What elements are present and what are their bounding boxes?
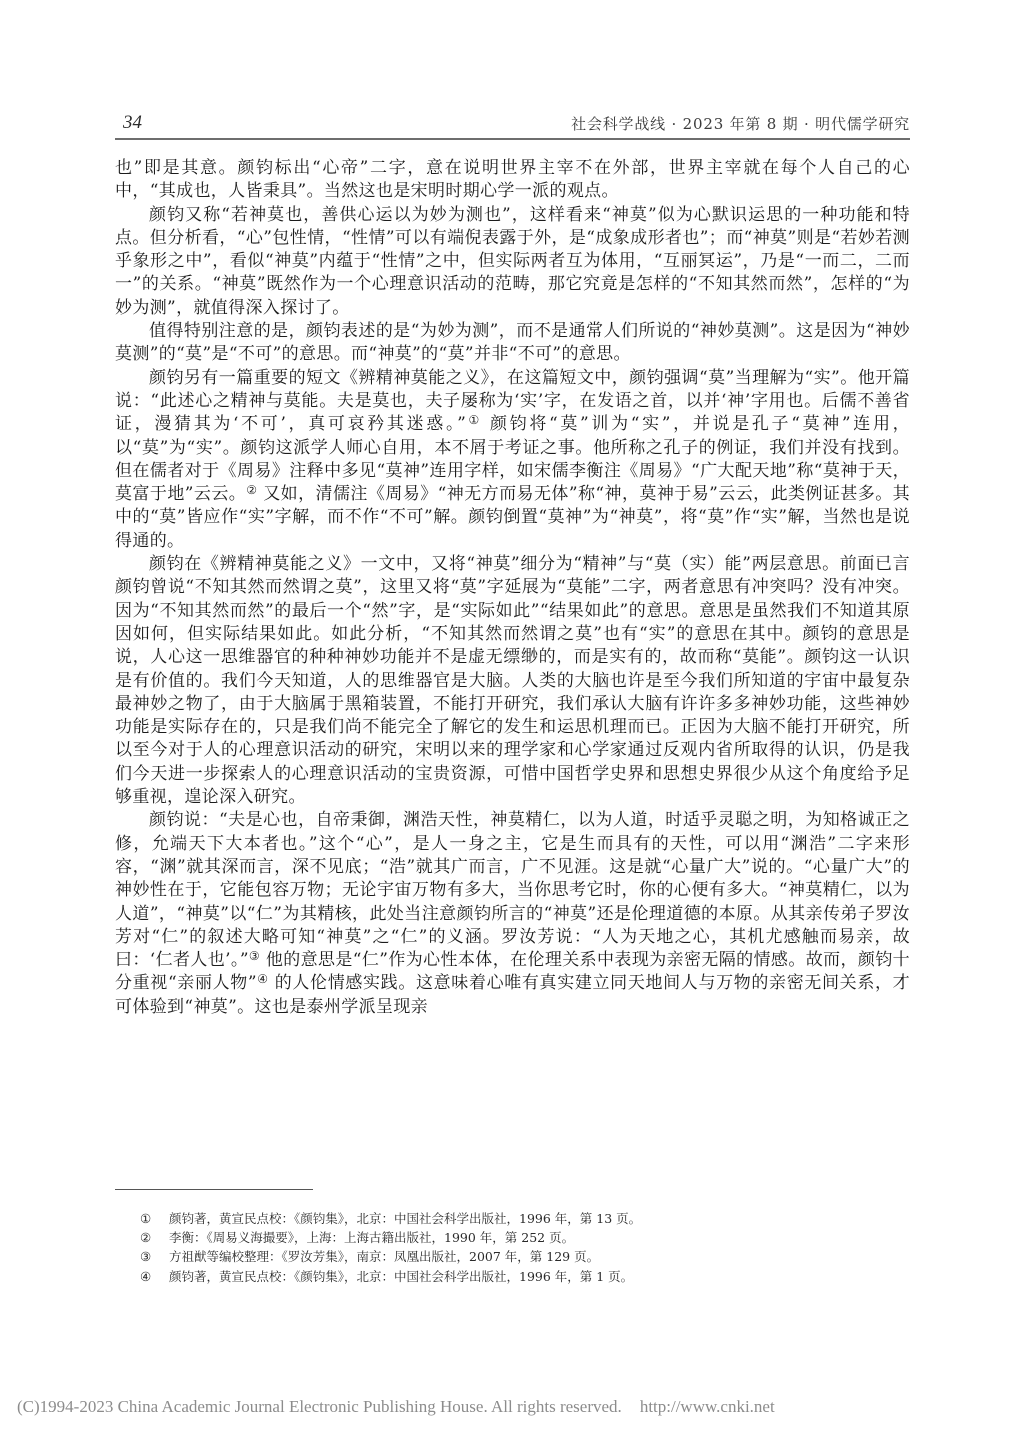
- running-title: 社会科学战线 · 2023 年第 8 期 · 明代儒学研究: [571, 113, 910, 134]
- footnote-number: ③: [140, 1247, 169, 1266]
- paragraph-5: 颜钧在《辨精神莫能之义》一文中，又将“神莫”细分为“精神”与“莫（实）能”两层意…: [115, 553, 910, 809]
- paragraph-3: 值得特别注意的是，颜钧表述的是“为妙为测”，而不是通常人们所说的“神妙莫测”。这…: [115, 320, 910, 367]
- footnote-number: ②: [140, 1228, 169, 1247]
- paragraph-text: 值得特别注意的是，颜钧表述的是“为妙为测”，而不是通常人们所说的“神妙莫测”。这…: [115, 321, 910, 364]
- footnotes: ① 颜钧著，黄宣民点校：《颜钧集》，北京：中国社会科学出版社，1996 年，第 …: [140, 1209, 900, 1286]
- copyright-footer: (C)1994-2023 China Academic Journal Elec…: [17, 1397, 775, 1417]
- paragraph-text: 颜钧在《辨精神莫能之义》一文中，又将“神莫”细分为“精神”与“莫（实）能”两层意…: [115, 554, 910, 807]
- footnote-4: ④ 颜钧著，黄宣民点校：《颜钧集》，北京：中国社会科学出版社，1996 年，第 …: [140, 1267, 900, 1286]
- footnote-text: 方祖猷等编校整理：《罗汝芳集》，南京：凤凰出版社，2007 年，第 129 页。: [169, 1247, 599, 1266]
- footnote-ref-1[interactable]: ①: [466, 413, 482, 427]
- paragraph-text: 也”即是其意。颜钧标出“心帝”二字，意在说明世界主宰不在外部，世界主宰就在每个人…: [115, 158, 910, 201]
- paragraph-1: 也”即是其意。颜钧标出“心帝”二字，意在说明世界主宰不在外部，世界主宰就在每个人…: [115, 157, 910, 204]
- paragraph-2: 颜钧又称“若神莫也，善供心运以为妙为测也”，这样看来“神莫”似为心默识运思的一种…: [115, 204, 910, 320]
- footnote-text: 颜钧著，黄宣民点校：《颜钧集》，北京：中国社会科学出版社，1996 年，第 1 …: [169, 1267, 633, 1286]
- footnote-ref-4[interactable]: ④: [257, 972, 269, 986]
- footnote-ref-3[interactable]: ③: [249, 949, 260, 963]
- page-header: 34 社会科学战线 · 2023 年第 8 期 · 明代儒学研究: [115, 108, 910, 138]
- footnote-ref-2[interactable]: ②: [246, 483, 257, 497]
- footnote-text: 李衡：《周易义海撮要》，上海：上海古籍出版社，1990 年，第 252 页。: [169, 1228, 574, 1247]
- footnote-3: ③ 方祖猷等编校整理：《罗汝芳集》，南京：凤凰出版社，2007 年，第 129 …: [140, 1247, 900, 1266]
- footnote-2: ② 李衡：《周易义海撮要》，上海：上海古籍出版社，1990 年，第 252 页。: [140, 1228, 900, 1247]
- paragraph-text: 颜钧说：“夫是心也，自帝秉御，渊浩天性，神莫精仁，以为人道，时适乎灵聪之明，为知…: [115, 810, 910, 970]
- page-number: 34: [123, 112, 142, 134]
- paragraph-text: 颜钧又称“若神莫也，善供心运以为妙为测也”，这样看来“神莫”似为心默识运思的一种…: [115, 205, 910, 318]
- cnki-link[interactable]: http://www.cnki.net: [640, 1397, 775, 1416]
- footnote-1: ① 颜钧著，黄宣民点校：《颜钧集》，北京：中国社会科学出版社，1996 年，第 …: [140, 1209, 900, 1228]
- paragraph-6: 颜钧说：“夫是心也，自帝秉御，渊浩天性，神莫精仁，以为人道，时适乎灵聪之明，为知…: [115, 809, 910, 1019]
- header-rule: [115, 138, 910, 140]
- footnote-rule: [115, 1189, 313, 1190]
- paragraph-4: 颜钧另有一篇重要的短文《辨精神莫能之义》，在这篇短文中，颜钧强调“莫”当理解为“…: [115, 367, 910, 553]
- footnote-number: ①: [140, 1209, 169, 1228]
- footnote-text: 颜钧著，黄宣民点校：《颜钧集》，北京：中国社会科学出版社，1996 年，第 13…: [169, 1209, 641, 1228]
- footnote-number: ④: [140, 1267, 169, 1286]
- copyright-text: (C)1994-2023 China Academic Journal Elec…: [17, 1397, 622, 1416]
- body-text: 也”即是其意。颜钧标出“心帝”二字，意在说明世界主宰不在外部，世界主宰就在每个人…: [115, 157, 910, 1019]
